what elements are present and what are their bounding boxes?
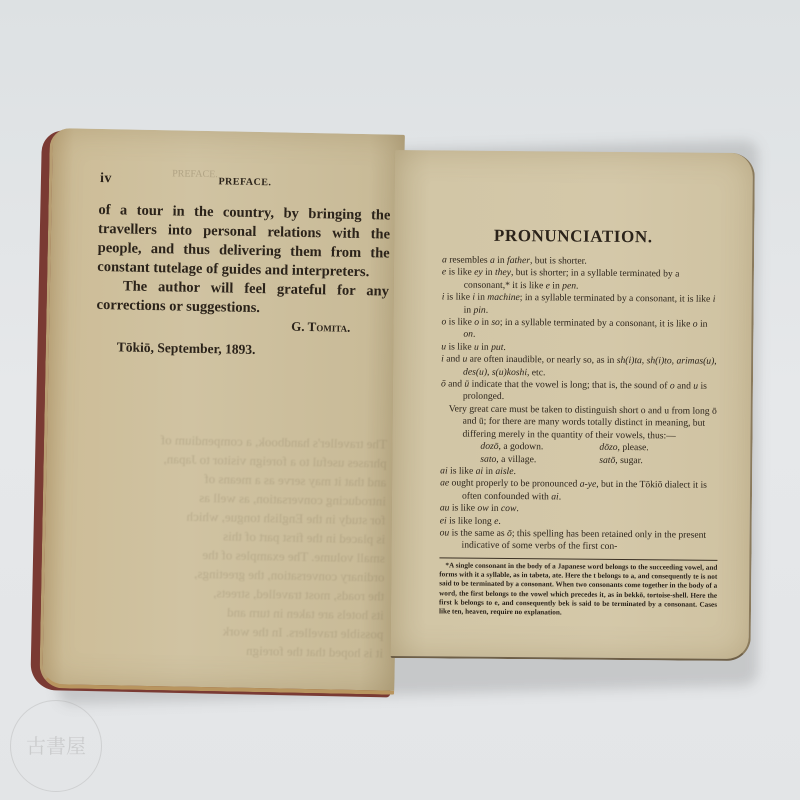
watermark-glyphs: 古書 bbox=[26, 735, 66, 757]
preface-paragraph-2: The author will feel grateful for any co… bbox=[96, 277, 389, 321]
footnote-rule bbox=[439, 557, 717, 560]
pronunciation-text: a resembles a in father, but is shorter.… bbox=[439, 254, 720, 619]
pronunciation-entry: i is like i in machine; in a syllable te… bbox=[442, 292, 720, 319]
example-words: dozō, a godown.dōzo, please.sato, a vill… bbox=[440, 441, 718, 468]
pronunciation-entry: ou is the same as ō; this spelling has b… bbox=[439, 527, 717, 554]
running-head: iv PREFACE. bbox=[100, 174, 390, 191]
preface-text: of a tour in the country, by bringing th… bbox=[96, 201, 390, 321]
watermark-sub: 屋 bbox=[66, 735, 86, 757]
pronunciation-entry: ō and ū indicate that the vowel is long;… bbox=[441, 378, 719, 405]
example-word: dozō, a godown. bbox=[480, 441, 599, 454]
pronunciation-entries: a resembles a in father, but is shorter.… bbox=[441, 254, 720, 405]
pronunciation-entry: e is like ey in they, but is shorter; in… bbox=[442, 267, 720, 294]
seal-watermark: 古書 屋 bbox=[10, 700, 102, 792]
pronunciation-entries-continued: ai is like ai in aisle.ae ought properly… bbox=[439, 465, 718, 554]
preface-paragraph-1: of a tour in the country, by bringing th… bbox=[97, 201, 390, 283]
page-number: iv bbox=[100, 171, 112, 187]
caution-paragraph: Very great care must be taken to disting… bbox=[440, 403, 718, 443]
pronunciation-entry: o is like o in so; in a syllable termina… bbox=[441, 316, 719, 343]
right-page: PRONUNCIATION. a resembles a in father, … bbox=[391, 150, 755, 661]
example-word: sato, a village. bbox=[480, 453, 599, 466]
pronunciation-entry: ae ought properly to be pronounced a-ye,… bbox=[440, 478, 718, 505]
left-page: PREFACE. The traveller's handbook, a com… bbox=[39, 128, 405, 695]
show-through-text: The traveller's handbook, a compendium o… bbox=[103, 429, 387, 664]
running-head-title: PREFACE. bbox=[100, 174, 390, 191]
section-title: PRONUNCIATION. bbox=[394, 225, 752, 248]
example-word: dōzo, please. bbox=[599, 442, 718, 455]
author-signature: G. Tomita. bbox=[291, 319, 350, 336]
footnote: *A single consonant in the body of a Jap… bbox=[439, 561, 717, 619]
pronunciation-entry: i and u are often inaudible, or nearly s… bbox=[441, 354, 719, 381]
book-photo-scene: PREFACE. The traveller's handbook, a com… bbox=[0, 0, 800, 800]
dateline: Tōkiō, September, 1893. bbox=[117, 339, 256, 358]
example-word: satō, sugar. bbox=[599, 454, 718, 467]
